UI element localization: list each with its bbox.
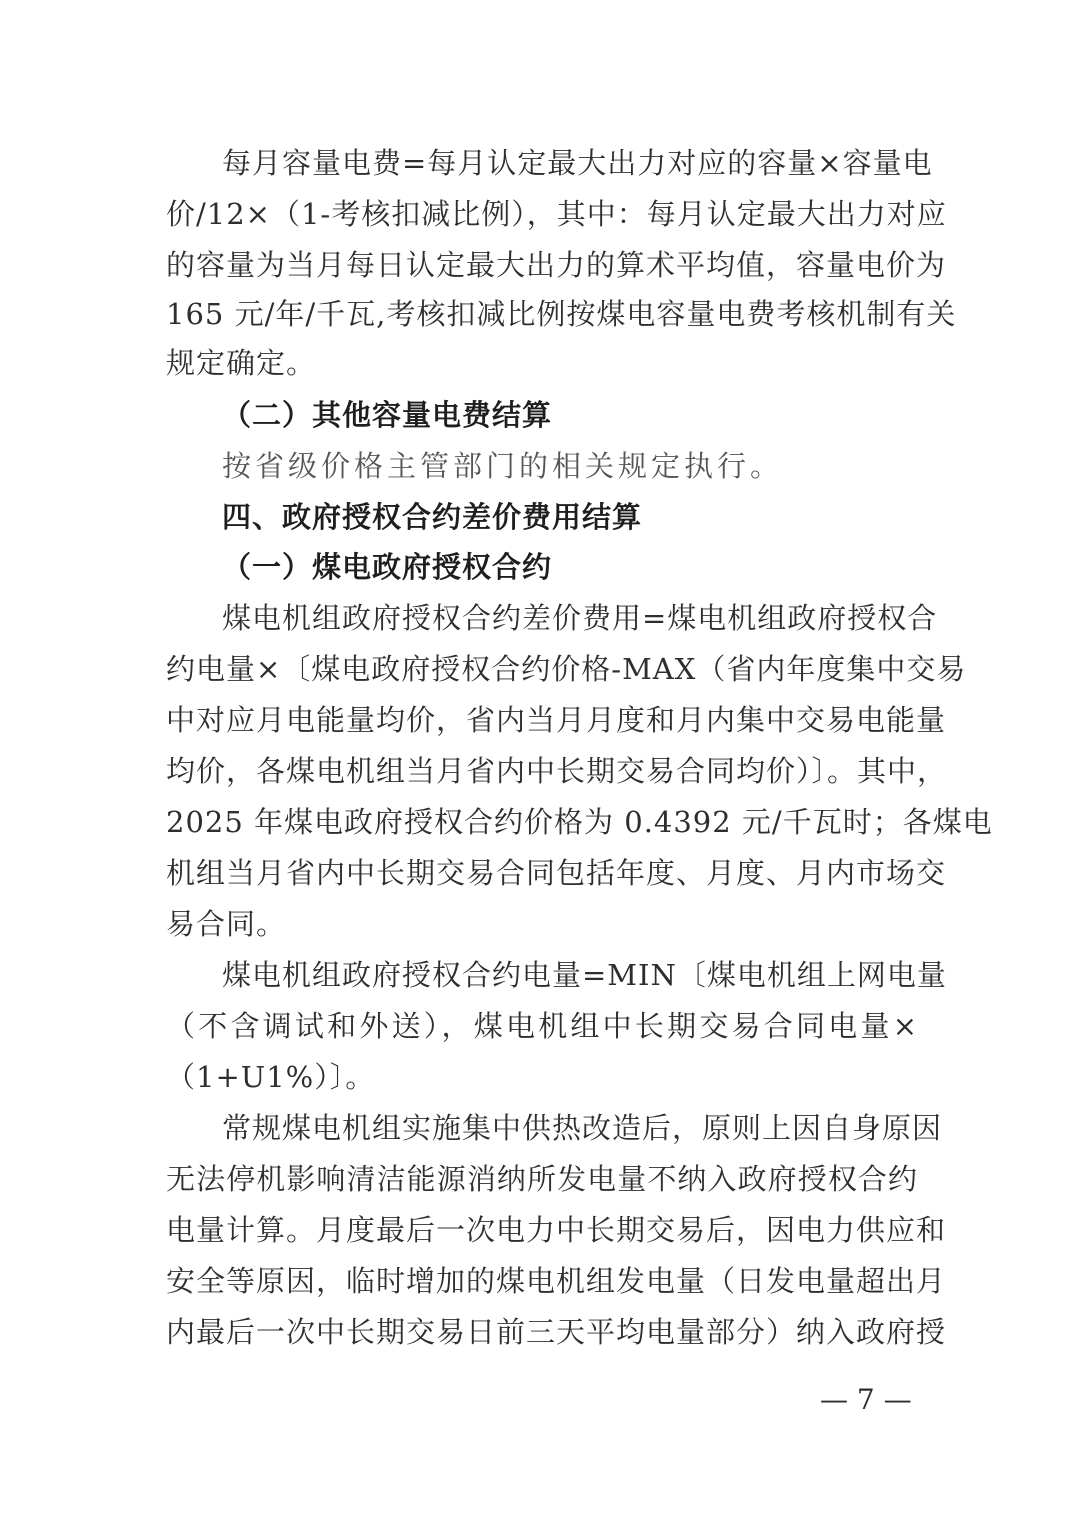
text-line: 规定确定。 <box>166 343 918 383</box>
subheading-other-capacity: （二）其他容量电费结算 <box>222 395 918 435</box>
text-line: 每月容量电费=每月认定最大出力对应的容量×容量电 <box>222 143 918 183</box>
text-line: 约电量×〔煤电政府授权合约价格-MAX（省内年度集中交易 <box>166 649 918 689</box>
section-heading-four: 四、政府授权合约差价费用结算 <box>222 497 918 537</box>
text-line: 常规煤电机组实施集中供热改造后，原则上因自身原因 <box>222 1108 918 1148</box>
text-line: 165 元/年/千瓦,考核扣减比例按煤电容量电费考核机制有关 <box>166 294 918 334</box>
text-line: 中对应月电能量均价，省内当月月度和月内集中交易电能量 <box>166 700 918 740</box>
page-number: — 7 — <box>820 1380 940 1420</box>
text-line: 无法停机影响清洁能源消纳所发电量不纳入政府授权合约 <box>166 1159 918 1199</box>
text-line: 煤电机组政府授权合约电量=MIN〔煤电机组上网电量 <box>222 955 918 995</box>
text-line: 内最后一次中长期交易日前三天平均电量部分）纳入政府授 <box>166 1312 918 1352</box>
text-line: 的容量为当月每日认定最大出力的算术平均值，容量电价为 <box>166 245 918 285</box>
text-line: 均价，各煤电机组当月省内中长期交易合同均价）〕。其中， <box>166 751 918 791</box>
document-page: 每月容量电费=每月认定最大出力对应的容量×容量电 价/12×（1-考核扣减比例）… <box>0 0 1080 1527</box>
subheading-coal-contract: （一）煤电政府授权合约 <box>222 547 918 587</box>
text-line: 2025 年煤电政府授权合约价格为 0.4392 元/千瓦时；各煤电 <box>166 802 918 842</box>
text-line: 易合同。 <box>166 904 918 944</box>
text-line: 煤电机组政府授权合约差价费用=煤电机组政府授权合 <box>222 598 918 638</box>
text-line: 价/12×（1-考核扣减比例），其中：每月认定最大出力对应 <box>166 194 918 234</box>
text-line: 电量计算。月度最后一次电力中长期交易后，因电力供应和 <box>166 1210 918 1250</box>
text-line: （不含调试和外送），煤电机组中长期交易合同电量× <box>166 1006 918 1046</box>
text-line: （1+U1%）〕。 <box>166 1057 918 1097</box>
text-line: 机组当月省内中长期交易合同包括年度、月度、月内市场交 <box>166 853 918 893</box>
text-line: 安全等原因，临时增加的煤电机组发电量（日发电量超出月 <box>166 1261 918 1301</box>
paragraph-other-capacity: 按省级价格主管部门的相关规定执行。 <box>222 446 918 486</box>
